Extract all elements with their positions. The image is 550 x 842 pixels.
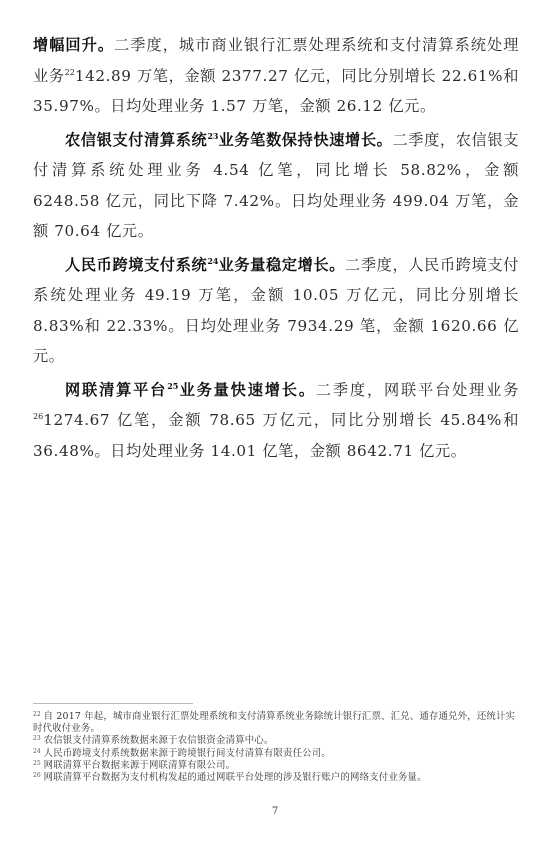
footnote-ref[interactable]: 26 (33, 412, 43, 421)
footnote-text: 自 2017 年起，城市商业银行汇票处理系统和支付清算系统业务除统计银行汇票、汇… (33, 711, 515, 734)
footnote-ref[interactable]: 23 (207, 131, 218, 141)
footnote-ref[interactable]: 24 (207, 256, 218, 266)
paragraph-city-commercial-bank: 增幅回升。二季度，城市商业银行汇票处理系统和支付清算系统处理业务22142.89… (33, 30, 519, 122)
footnote-number: 25 (33, 760, 41, 767)
lead-text: 网联清算平台 (65, 381, 167, 399)
footnote-text: 网联清算平台数据来源于网联清算有限公司。 (44, 760, 236, 771)
footnote-23: 23农信银支付清算系统数据来源于农信银资金清算中心。 (33, 735, 523, 747)
paragraph-lead: 人民币跨境支付系统24业务量稳定增长。 (65, 256, 345, 274)
paragraph-body: 142.89 万笔，金额 2377.27 亿元，同比分别增长 22.61%和 3… (33, 67, 519, 116)
footnote-22: 22自 2017 年起，城市商业银行汇票处理系统和支付清算系统业务除统计银行汇票… (33, 711, 523, 735)
paragraph-lead: 农信银支付清算系统23业务笔数保持快速增长。 (65, 131, 392, 149)
footnote-divider (33, 703, 193, 704)
paragraph-body: 1274.67 亿笔，金额 78.65 万亿元，同比分别增长 45.84%和 3… (33, 411, 519, 460)
footnote-text: 人民币跨境支付系统数据来源于跨境银行间支付清算有限责任公司。 (44, 748, 331, 759)
footnote-ref[interactable]: 25 (167, 381, 178, 391)
footnote-number: 22 (33, 711, 41, 718)
lead-text: 业务量快速增长。 (178, 381, 316, 399)
paragraph-lead: 增幅回升。 (33, 36, 114, 54)
lead-text: 业务笔数保持快速增长。 (218, 131, 392, 149)
footnote-text: 网联清算平台数据为支付机构发起的通过网联平台处理的涉及银行账户的网络支付业务量。 (44, 772, 427, 783)
footnote-24: 24人民币跨境支付系统数据来源于跨境银行间支付清算有限责任公司。 (33, 748, 523, 760)
footnote-25: 25网联清算平台数据来源于网联清算有限公司。 (33, 760, 523, 772)
page-number: 7 (0, 806, 550, 817)
footnote-number: 24 (33, 748, 41, 755)
footnote-number: 23 (33, 735, 41, 742)
paragraph-lead: 网联清算平台25业务量快速增长。 (65, 381, 316, 399)
paragraph-body: 二季度，网联平台处理业务 (316, 381, 519, 399)
paragraph-cips: 人民币跨境支付系统24业务量稳定增长。二季度，人民币跨境支付系统处理业务 49.… (33, 250, 519, 372)
footnote-ref[interactable]: 22 (65, 68, 75, 77)
lead-text: 业务量稳定增长。 (218, 256, 345, 274)
footnote-26: 26网联清算平台数据为支付机构发起的通过网联平台处理的涉及银行账户的网络支付业务… (33, 772, 523, 784)
footnote-number: 26 (33, 772, 41, 779)
lead-text: 人民币跨境支付系统 (65, 256, 207, 274)
document-page: 增幅回升。二季度，城市商业银行汇票处理系统和支付清算系统处理业务22142.89… (0, 0, 550, 842)
lead-text: 农信银支付清算系统 (65, 131, 207, 149)
paragraph-nongxinyin: 农信银支付清算系统23业务笔数保持快速增长。二季度，农信银支付清算系统处理业务 … (33, 125, 519, 247)
paragraph-nucc: 网联清算平台25业务量快速增长。二季度，网联平台处理业务261274.67 亿笔… (33, 375, 519, 467)
footnote-text: 农信银支付清算系统数据来源于农信银资金清算中心。 (44, 735, 274, 746)
footnotes: 22自 2017 年起，城市商业银行汇票处理系统和支付清算系统业务除统计银行汇票… (33, 711, 523, 784)
body-text: 增幅回升。二季度，城市商业银行汇票处理系统和支付清算系统处理业务22142.89… (33, 30, 519, 466)
